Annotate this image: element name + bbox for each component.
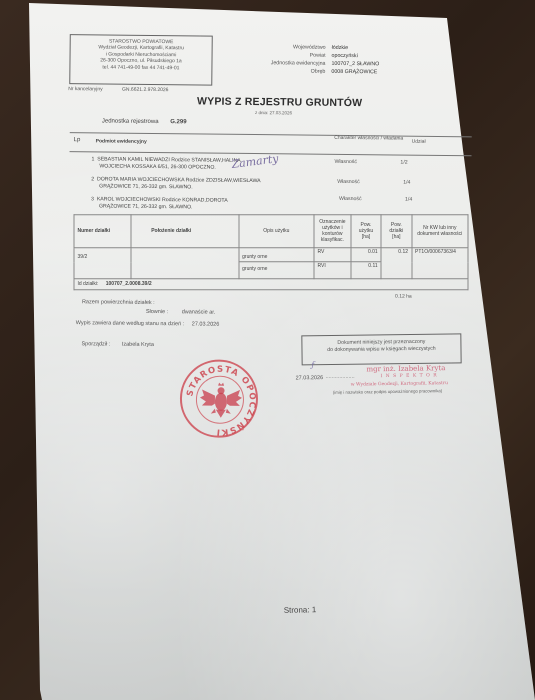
registration-unit: Jednostka rejestrowa G.299 [102, 118, 187, 125]
data-state: Wypis zawiera dane według stanu na dzień… [76, 320, 220, 328]
inspector-department: w Wydziale Geodezji, Kartografii, Katast… [351, 381, 448, 388]
voivodeship-value: łódzkie [332, 44, 349, 52]
header-ownership-type: Charakter własności / władania [334, 135, 404, 142]
county-value: opoczyński [332, 52, 358, 60]
col-plot-location: Położenie działki [131, 215, 239, 248]
plots-table: Numer działki Położenie działki Opis uży… [74, 214, 469, 290]
land-book-number: PT1O/00067363/4 [412, 248, 468, 279]
owner-lp: 3 [91, 196, 94, 202]
office-header-box: STAROSTWO POWIATOWE Wydział Geodezji, Ka… [69, 34, 213, 85]
handwritten-note: Zamarty [231, 152, 279, 171]
registry-number-label: Nr kancelaryjny [68, 86, 103, 92]
header-lp: Lp [74, 137, 81, 143]
owner-row: 1 SEBASTIAN KAMIL NIEWADZI Rodzice STANI… [91, 156, 240, 172]
seal-text: STAROSTA OPOCZYŃSKI [185, 364, 258, 437]
registration-unit-value: G.299 [170, 119, 186, 125]
registry-number: Nr kancelaryjny GN.6621.2.978.2026 [68, 86, 168, 93]
col-use-area: Pow. użytku [ha] [351, 215, 381, 248]
plot-area: 0.12 [381, 248, 411, 279]
use-area: 0.01 [351, 248, 381, 262]
classification: RV [314, 248, 351, 262]
data-state-label: Wypis zawiera dane według stanu na dzień… [76, 320, 185, 327]
office-line: tel. 44 741-49-00 fax 44 741-49-01 [70, 64, 211, 72]
owner-share: 1/4 [403, 180, 410, 187]
land-register-extract: STAROSTWO POWIATOWE Wydział Geodezji, Ka… [0, 0, 535, 700]
plot-id-value: 100707_2.0008.39/2 [106, 281, 152, 287]
table-row: 39/2 grunty orne RV 0.01 0.12 PT1O/00067… [74, 248, 468, 262]
page-number: Strona: 1 [284, 605, 317, 615]
classification: RVI [314, 262, 351, 279]
inspector-name: mgr inż. Izabela Kryta [366, 364, 445, 373]
owner-share: 1/4 [405, 197, 412, 204]
eagle-emblem-icon: STAROSTA OPOCZYŃSKI [182, 361, 261, 440]
col-use-description: Opis użytku [239, 215, 314, 248]
registry-number-value: GN.6621.2.978.2026 [122, 87, 168, 93]
purpose-box: Dokument niniejszy jest przeznaczony do … [301, 333, 461, 365]
purpose-line: do dokonywania wpisu w księgach wieczyst… [302, 345, 460, 354]
header-share: Udział [412, 139, 426, 145]
plot-id-area: 0.12 ha [395, 294, 412, 300]
owner-row: 3 KAROL WOJCIECHOWSKI Rodzice KONRAD,DOR… [91, 196, 228, 211]
owner-share: 1/2 [400, 160, 407, 167]
data-state-date: 27.03.2026 [192, 321, 220, 327]
signature-dots: ................... [326, 374, 355, 380]
header-subject: Podmiot ewidencyjny [96, 138, 147, 145]
divider [70, 132, 472, 137]
area-in-words: Słownie : dwanaście ar. [146, 309, 216, 316]
precinct-value: 0008 GRĄŻOWICE [331, 68, 377, 76]
col-land-book: Nr KW lub inny dokument własności [412, 215, 468, 248]
owner-ownership-type: Własność [339, 196, 362, 203]
precinct-label: Obręb [242, 67, 331, 76]
plot-id-row: Id działki: 100707_2.0008.39/2 [74, 279, 468, 290]
plot-id-label: Id działki: [78, 281, 99, 287]
col-classification: Oznaczenie użytków i konturów klasyfikac… [314, 215, 351, 248]
owner-ownership-type: Własność [337, 179, 360, 186]
plot-number: 39/2 [74, 248, 131, 279]
document-date: z dnia: 27.03.2026 [255, 110, 292, 115]
prepared-by-name: Izabela Kryta [122, 342, 154, 348]
use-description: grunty orne [239, 248, 314, 262]
prepared-by: Sporządził : Izabela Kryta [81, 341, 153, 348]
owner-lp: 1 [91, 156, 94, 162]
document-title: WYPIS Z REJESTRU GRUNTÓW [197, 95, 362, 109]
owner-address: GRĄŻOWICE 71, 26-332 gm. SŁAWNO. [91, 203, 228, 211]
owner-row: 2 DOROTA MARIA WOJCIECHOWSKA Rodzice ZDZ… [91, 176, 261, 192]
signature-caption: (imię i nazwisko oraz podpis upoważnione… [333, 388, 442, 395]
area-in-words-value: dwanaście ar. [182, 309, 216, 315]
col-plot-number: Numer działki [74, 215, 131, 248]
signature-date: 27.03.2026 [296, 375, 324, 381]
official-seal: STAROSTA OPOCZYŃSKI [180, 359, 259, 438]
owners-header: Lp Podmiot ewidencyjny Charakter własnoś… [74, 137, 474, 141]
signature-scribble: ƒ [311, 360, 314, 369]
use-area: 0.11 [351, 262, 381, 279]
col-plot-area: Pow. działki [ha] [381, 215, 411, 248]
registration-unit-label: Jednostka rejestrowa [102, 118, 159, 125]
svg-text:STAROSTA OPOCZYŃSKI: STAROSTA OPOCZYŃSKI [185, 364, 258, 437]
total-area-label: Razem powierzchnia działek : [82, 299, 155, 306]
administrative-units: Województwołódzkie Powiatopoczyński Jedn… [242, 43, 379, 76]
area-in-words-label: Słownie : [146, 309, 168, 315]
owner-ownership-type: Własność [334, 159, 357, 166]
plots-header-row: Numer działki Położenie działki Opis uży… [74, 215, 468, 248]
use-description: grunty orne [239, 262, 314, 279]
owner-lp: 2 [91, 176, 94, 182]
plot-location [131, 248, 239, 279]
inspector-title: I N S P E K T O R [381, 373, 438, 379]
prepared-by-label: Sporządził : [81, 341, 110, 347]
